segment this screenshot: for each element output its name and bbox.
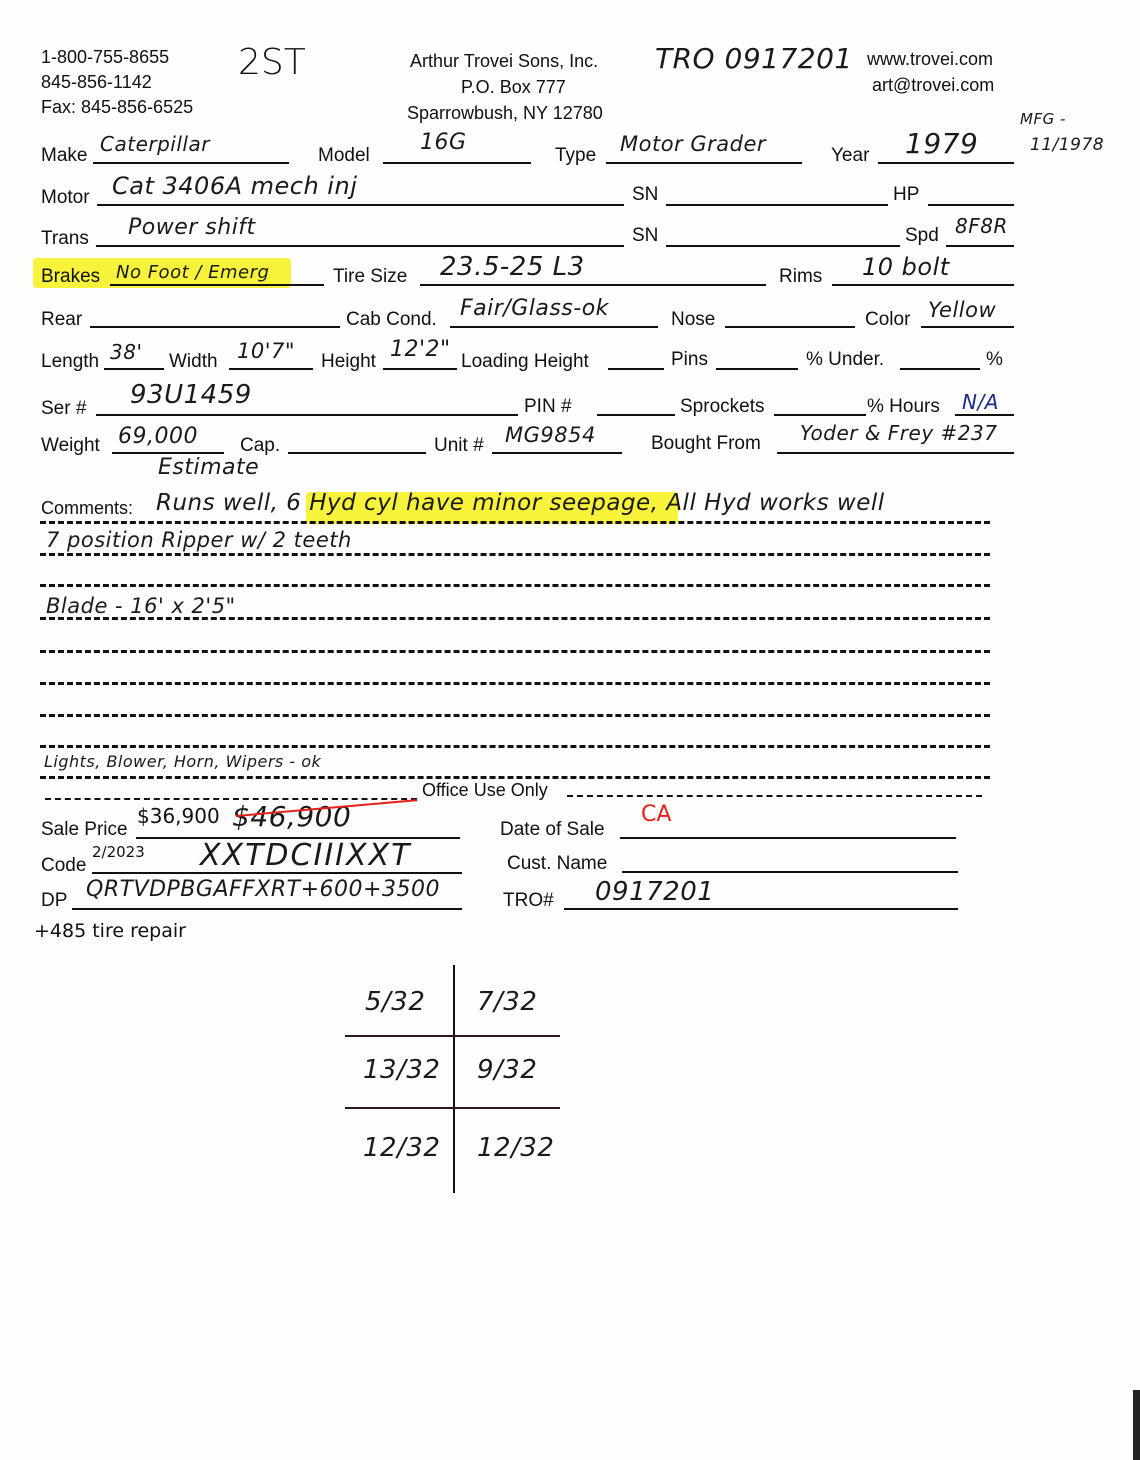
date-of-sale-red-note: CA xyxy=(641,802,671,827)
sale-price-struck: $46,900 xyxy=(232,800,351,833)
color-field[interactable]: Yellow xyxy=(928,298,996,322)
nose-label: Nose xyxy=(671,309,715,331)
dp-label: DP xyxy=(41,890,67,912)
comment-rule-5 xyxy=(40,650,990,653)
cust-name-label: Cust. Name xyxy=(507,853,607,875)
sale-price-typed[interactable]: $36,900 xyxy=(137,804,220,828)
mfg-note-date: 11/1978 xyxy=(1030,135,1104,155)
weight-field[interactable]: 69,000 xyxy=(118,424,198,449)
hp-label: HP xyxy=(893,184,919,206)
tread-cell-r3c1: 12/32 xyxy=(363,1133,440,1163)
motor-label: Motor xyxy=(41,187,90,209)
comment-rule-7 xyxy=(40,714,990,717)
bought-from-field[interactable]: Yoder & Frey #237 xyxy=(800,421,997,445)
pin-label: PIN # xyxy=(524,396,572,418)
tire-size-field[interactable]: 23.5-25 L3 xyxy=(440,252,585,282)
width-label: Width xyxy=(169,351,218,373)
stamp-code: 2ST xyxy=(238,42,306,83)
cab-cond-field[interactable]: Fair/Glass-ok xyxy=(460,296,609,321)
website: www.trovei.com xyxy=(867,49,993,70)
spd-field[interactable]: 8F8R xyxy=(955,214,1008,238)
tread-grid-vertical-rule xyxy=(453,965,455,1193)
color-label: Color xyxy=(865,309,910,331)
trans-label: Trans xyxy=(41,228,89,250)
rims-field[interactable]: 10 bolt xyxy=(862,253,950,281)
comment-rule-4 xyxy=(40,617,990,620)
company-name: Arthur Trovei Sons, Inc. xyxy=(410,51,598,72)
rims-label: Rims xyxy=(779,266,822,288)
tread-cell-r3c2: 12/32 xyxy=(477,1133,554,1163)
type-label: Type xyxy=(555,145,596,167)
length-label: Length xyxy=(41,351,99,373)
date-of-sale-label: Date of Sale xyxy=(500,819,605,841)
comment-line-1-highlighted: 6 Hyd cyl have minor seepage, xyxy=(286,490,658,516)
tire-size-label: Tire Size xyxy=(333,266,407,288)
pct-hours-field[interactable]: N/A xyxy=(962,390,999,414)
pct-hours-label: % Hours xyxy=(867,396,940,418)
trans-field[interactable]: Power shift xyxy=(128,215,256,240)
phone-tollfree: 1-800-755-8655 xyxy=(41,47,169,68)
length-field[interactable]: 38' xyxy=(110,340,142,364)
loading-height-label: Loading Height xyxy=(461,351,589,373)
spd-label: Spd xyxy=(905,225,939,247)
cap-label: Cap. xyxy=(240,435,280,457)
pins-label: Pins xyxy=(671,349,708,371)
mfg-note-label: MFG - xyxy=(1020,110,1066,128)
sale-price-label: Sale Price xyxy=(41,819,128,841)
pct-under-suffix: % xyxy=(986,349,1003,371)
tro-number-handwritten: TRO 0917201 xyxy=(655,42,853,75)
comment-rule-3 xyxy=(40,584,990,587)
code-label: Code xyxy=(41,855,86,877)
brakes-label: Brakes xyxy=(41,266,100,288)
comment-line-1[interactable]: Runs well, 6 Hyd cyl have minor seepage,… xyxy=(156,490,885,516)
comment-rule-2 xyxy=(40,553,990,556)
tread-grid-rule-2 xyxy=(345,1107,560,1109)
company-pobox: P.O. Box 777 xyxy=(461,77,566,98)
office-rule-right xyxy=(567,795,982,797)
fax-number: Fax: 845-856-6525 xyxy=(41,97,193,118)
comment-line-2[interactable]: 7 position Ripper w/ 2 teeth xyxy=(46,528,352,552)
dp-field[interactable]: QRTVDPBGAFFXRT+600+3500 xyxy=(86,877,440,902)
code-field[interactable]: XXTDCIIIXXT xyxy=(200,838,411,873)
office-rule-left xyxy=(45,798,417,800)
comment-line-8[interactable]: Lights, Blower, Horn, Wipers - ok xyxy=(44,752,321,771)
comment-rule-8 xyxy=(40,745,990,748)
make-label: Make xyxy=(41,145,87,167)
rear-label: Rear xyxy=(41,309,82,331)
weight-estimate-note: Estimate xyxy=(158,455,259,480)
brakes-field[interactable]: No Foot / Emerg xyxy=(116,262,269,283)
phone-local: 845-856-1142 xyxy=(41,72,152,93)
tread-cell-r2c1: 13/32 xyxy=(363,1055,440,1085)
comment-rule-9 xyxy=(40,776,990,779)
ser-field[interactable]: 93U1459 xyxy=(130,380,252,410)
tread-grid: 5/32 7/32 13/32 9/32 12/32 12/32 xyxy=(345,965,560,1195)
type-field[interactable]: Motor Grader xyxy=(620,132,766,156)
comments-label: Comments: xyxy=(41,498,133,519)
height-label: Height xyxy=(321,351,376,373)
unit-field[interactable]: MG9854 xyxy=(505,423,596,447)
tread-grid-rule-1 xyxy=(345,1035,560,1037)
office-use-title: Office Use Only xyxy=(422,780,548,801)
height-field[interactable]: 12'2" xyxy=(390,337,451,362)
tro-field[interactable]: 0917201 xyxy=(595,877,714,907)
motor-field[interactable]: Cat 3406A mech inj xyxy=(112,172,357,200)
tire-repair-note: +485 tire repair xyxy=(34,920,186,942)
comment-line-1-a: Runs well, xyxy=(156,490,286,516)
model-field[interactable]: 16G xyxy=(420,130,467,155)
comment-line-4[interactable]: Blade - 16' x 2'5" xyxy=(46,594,236,618)
year-field[interactable]: 1979 xyxy=(905,127,978,160)
tread-cell-r1c2: 7/32 xyxy=(477,987,537,1017)
model-label: Model xyxy=(318,145,370,167)
tread-cell-r1c1: 5/32 xyxy=(365,987,425,1017)
trans-sn-label: SN xyxy=(632,225,658,247)
width-field[interactable]: 10'7" xyxy=(237,339,295,363)
cab-cond-label: Cab Cond. xyxy=(346,309,437,331)
code-date-note: 2/2023 xyxy=(92,843,145,861)
email: art@trovei.com xyxy=(872,75,994,96)
motor-sn-label: SN xyxy=(632,184,658,206)
company-city: Sparrowbush, NY 12780 xyxy=(407,103,603,124)
tread-cell-r2c2: 9/32 xyxy=(477,1055,537,1085)
ser-label: Ser # xyxy=(41,398,86,420)
sprockets-label: Sprockets xyxy=(680,396,764,418)
unit-label: Unit # xyxy=(434,435,484,457)
comment-line-1-b: All Hyd works well xyxy=(659,490,885,516)
pct-under-label: % Under. xyxy=(806,349,884,371)
scan-edge xyxy=(1133,1390,1140,1460)
comment-rule-6 xyxy=(40,682,990,685)
make-field[interactable]: Caterpillar xyxy=(100,132,210,156)
tro-label: TRO# xyxy=(503,890,554,912)
year-label: Year xyxy=(831,145,869,167)
comment-rule-1 xyxy=(40,521,990,524)
bought-from-label: Bought From xyxy=(651,433,761,455)
weight-label: Weight xyxy=(41,435,100,457)
